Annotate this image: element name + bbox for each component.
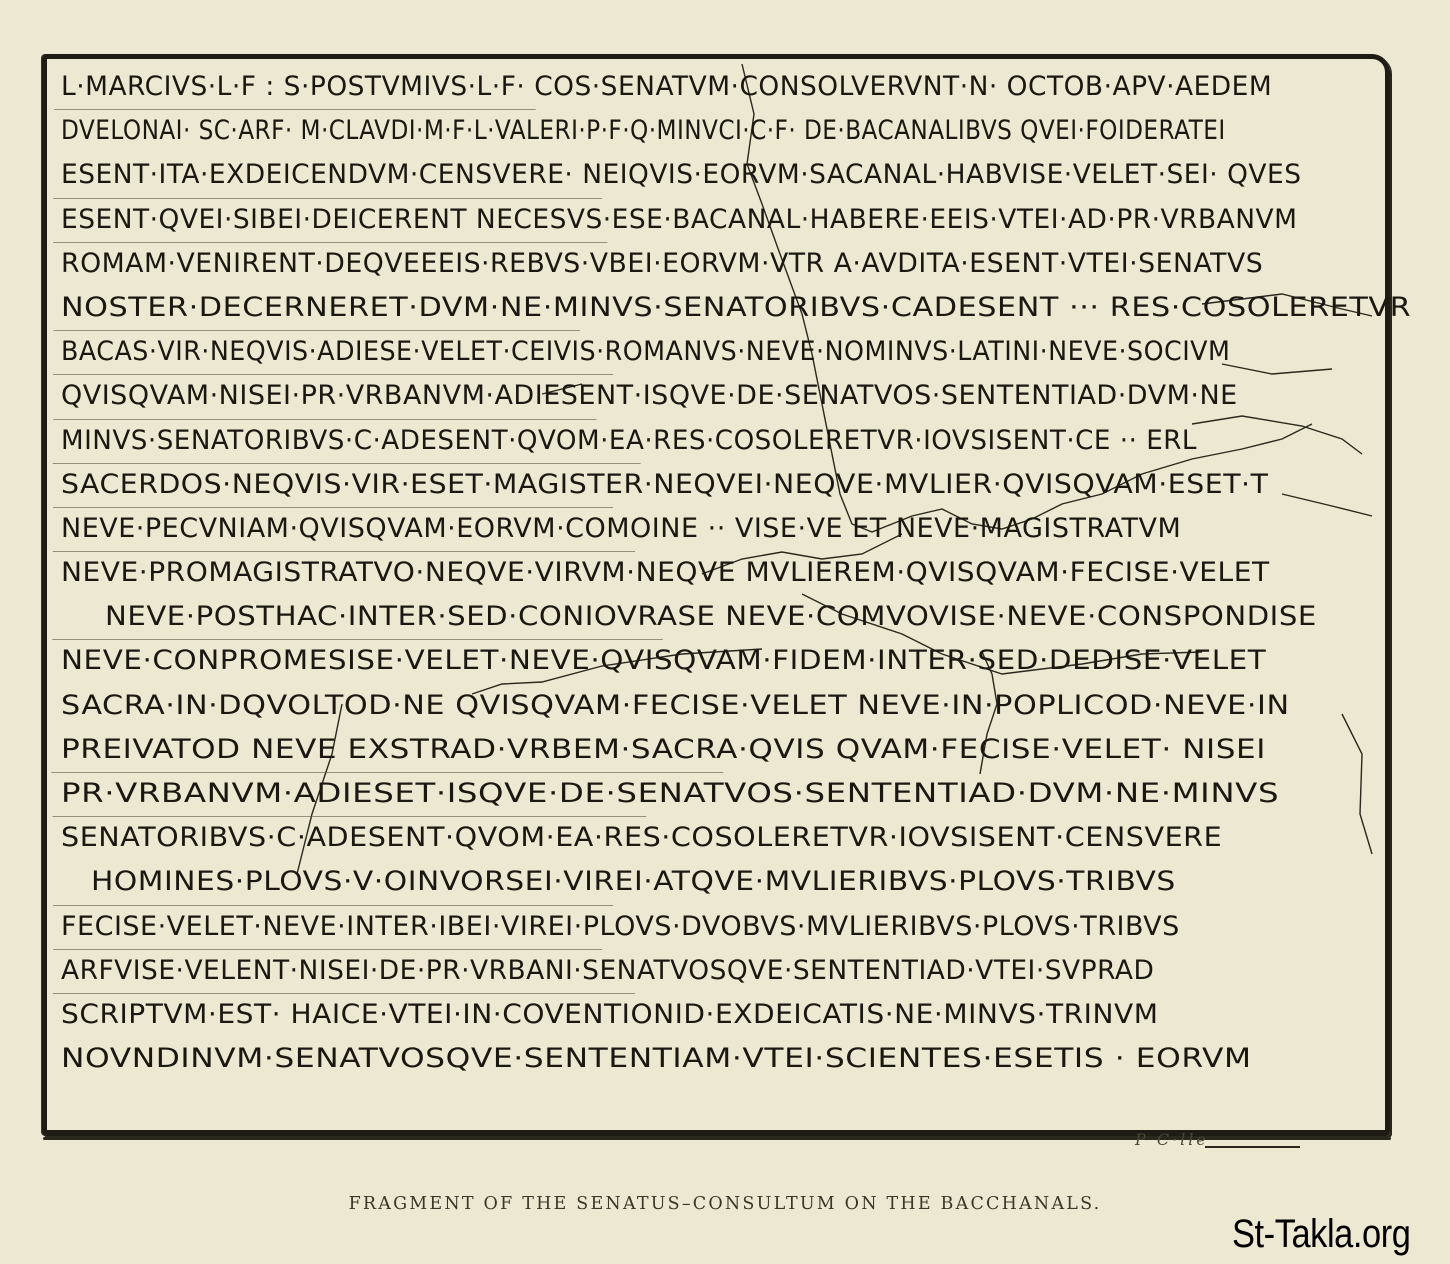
inscription-line-11: NEVE·PECVNIAM·QVISQVAM·EORVM·COMOINE ·· … (61, 507, 1375, 551)
watermark-link[interactable]: St-Takla.org (1232, 1212, 1410, 1257)
inscription-line-18: SENATORIBVS·C·ADESENT·QVOM·EA·RES·COSOLE… (61, 816, 1450, 860)
inscription-line-1: L·MARCIVS·L·F : S·POSTVMIVS·L·F· COS·SEN… (61, 65, 1349, 109)
inscription-line-23: NOVNDINVM·SENATVOSQVE·SENTENTIAM·VTEI·SC… (61, 1037, 1450, 1081)
inscription-line-9: MINVS·SENATORIBVS·C·ADESENT·QVOM·EA·RES·… (61, 419, 1336, 463)
inscription-line-16: PREIVATOD NEVE EXSTRAD·VRBEM·SACRA·QVIS … (61, 728, 1450, 772)
inscription-line-12: NEVE·PROMAGISTRATVO·NEQVE·VIRVM·NEQVE MV… (61, 551, 1428, 595)
inscription-line-15: SACRA·IN·DQVOLTOD·NE QVISQVAM·FECISE·VEL… (61, 684, 1450, 728)
inscription-line-14: NEVE·CONPROMESISE·VELET·NEVE·QVISQVAM·FI… (61, 639, 1450, 683)
inscription-line-20: FECISE·VELET·NEVE·INTER·IBEI·VIREI·PLOVS… (61, 905, 1375, 949)
inscription-line-13: NEVE·POSTHAC·INTER·SED·CONIOVRASE NEVE·C… (105, 595, 1450, 639)
inscription-line-19: HOMINES·PLOVS·V·OINVORSEI·VIREI·ATQVE·MV… (91, 860, 1450, 904)
inscription-line-2: DVELONAI· SC·ARF· M·CLAVDI·M·F·L·VALERI·… (61, 109, 1191, 153)
inscription-line-3: ESENT·ITA·EXDEICENDVM·CENSVERE· NEIQVIS·… (61, 153, 1349, 197)
inscription-line-8: QVISQVAM·NISEI·PR·VRBANVM·ADIESENT·ISQVE… (61, 374, 1375, 418)
inscription-line-4: ESENT·QVEI·SIBEI·DEICERENT NECESVS·ESE·B… (61, 198, 1349, 242)
signature-underline (1205, 1146, 1300, 1148)
inscription-tablet: L·MARCIVS·L·F : S·POSTVMIVS·L·F· COS·SEN… (42, 54, 1390, 1136)
inscription-line-5: ROMAM·VENIRENT·DEQVEEEIS·REBVS·VBEI·EORV… (61, 242, 1362, 286)
inscription-line-17: PR·VRBANVM·ADIESET·ISQVE·DE·SENATVOS·SEN… (61, 772, 1450, 816)
inscription-line-7: BACAS·VIR·NEQVIS·ADIESE·VELET·CEIVIS·ROM… (61, 330, 1296, 374)
inscription-lines: L·MARCIVS·L·F : S·POSTVMIVS·L·F· COS·SEN… (61, 65, 1375, 1081)
inscription-line-6: NOSTER·DECERNERET·DVM·NE·MINVS·SENATORIB… (61, 286, 1450, 330)
inscription-line-21: ARFVISE·VELENT·NISEI·DE·PR·VRBANI·SENATV… (61, 949, 1349, 993)
figure-caption: Fragment of the Senatus–Consultum on the… (0, 1194, 1450, 1214)
engraver-signature: P C·lle (1135, 1130, 1209, 1149)
inscription-line-10: SACERDOS·NEQVIS·VIR·ESET·MAGISTER·NEQVEI… (61, 463, 1441, 507)
inscription-line-22: SCRIPTVM·EST· HAICE·VTEI·IN·COVENTIONID·… (61, 993, 1428, 1037)
